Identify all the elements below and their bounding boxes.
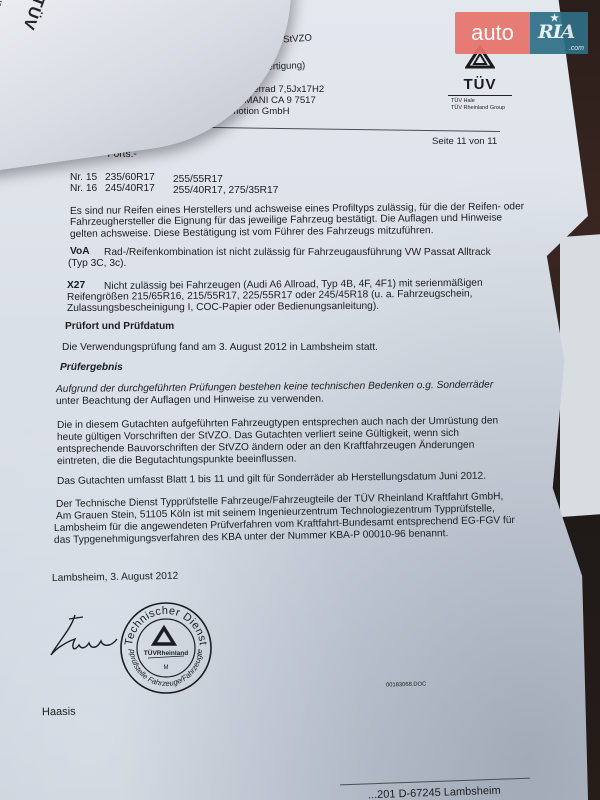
doc-id: 00183068.DOC [386,678,427,692]
result-p3-line: Das Gutachten umfasst Blatt 1 bis 11 und… [57,471,486,489]
heading-pruefergebnis: Prüfergebnis [60,362,123,375]
underlying-sheet-right [560,233,600,517]
result-p1-line: unter Beachtung der Auflagen und Hinweis… [56,394,324,409]
v17-paragraph-line: gelten achsweise. Diese Bestätigung ist … [70,225,434,241]
footer-divider [340,778,530,786]
section-code-voa: VoA [70,246,90,259]
signer-name: Haasis [42,706,76,719]
heading-pruefort: Prüfort und Prüfdatum [65,321,174,334]
x27-line: Zulassungsbescheinigung I, COC-Papier od… [67,301,379,316]
tuv-logo-subtext: TÜV Hale TÜV Rheinland Group [451,98,505,111]
svg-text:M: M [164,665,169,671]
pruefort-text: Die Verwendungsprüfung fand am 3. August… [62,342,378,355]
voa-line: (Typ 3C, 3c). [68,258,126,271]
back-sheet-page-number: Seite 10 von 11 [0,0,11,51]
place-date: Lambsheim, 3. August 2012 [52,571,178,586]
back-sheet-tuv-logo: TÜV [18,0,47,32]
result-p2-line: eintreten, die die Begutachtungspunkte b… [57,453,297,468]
page-number: Seite 11 von 11 [432,136,497,149]
section-code-x27: X27 [67,280,85,293]
svg-text:TÜVRheinland: TÜVRheinland [144,648,188,657]
svg-text:Technischer Dienst: Technischer Dienst [123,605,209,646]
voa-line: Rad-/Reifenkombination ist nicht zulässi… [104,247,491,260]
tire-alt-nr16: 255/40R17, 275/35R17 [173,185,278,198]
tire-row-nr16: Nr. 16 [70,183,97,196]
autoria-watermark: auto ★ RIA .com [455,12,588,54]
footer-address: ...201 D-67245 Lambsheim [368,785,501,800]
tire-size-nr16: 245/40R17 [105,183,155,196]
tuv-official-stamp: Technischer Dienst Typprüfstelle Fahrzeu… [118,600,214,696]
